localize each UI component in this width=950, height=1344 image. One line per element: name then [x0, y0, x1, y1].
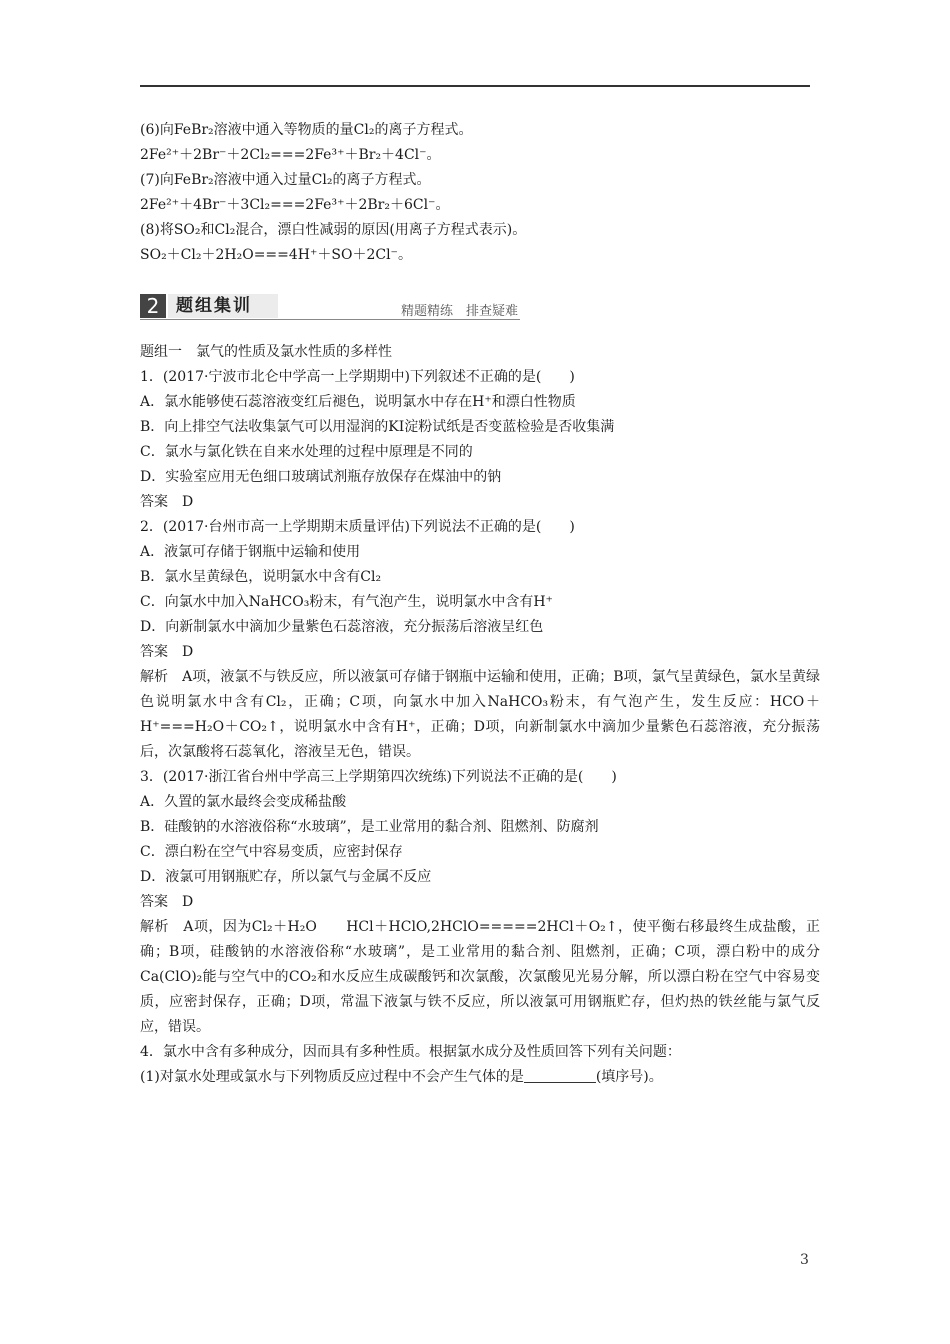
question-group: 题组一 氯气的性质及氯水性质的多样性 1．(2017·宁波市北仑中学高一上学期期… — [140, 340, 820, 1090]
question-3-option-b: B．硅酸钠的水溶液俗称“水玻璃”，是工业常用的黏合剂、阻燃剂、防腐剂 — [140, 815, 820, 840]
question-4-stem: 4．氯水中含有多种成分，因而具有多种性质。根据氯水成分及性质回答下列有关问题： — [140, 1040, 820, 1065]
question-1-option-a: A．氯水能够使石蕊溶液变红后褪色，说明氯水中存在H⁺和漂白性物质 — [140, 390, 820, 415]
question-1-option-b: B．向上排空气法收集氯气可以用湿润的KI淀粉试纸是否变蓝检验是否收集满 — [140, 415, 820, 440]
question-3-option-c: C．漂白粉在空气中容易变质，应密封保存 — [140, 840, 820, 865]
question-1-stem: 1．(2017·宁波市北仑中学高一上学期期中)下列叙述不正确的是( ) — [140, 365, 820, 390]
question-6: (6)向FeBr₂溶液中通入等物质的量Cl₂的离子方程式。 — [140, 118, 820, 143]
section-header: 2 题组集训 精题精练 排查疑难 — [140, 294, 520, 320]
header-rule — [140, 85, 810, 87]
question-2-option-b: B．氯水呈黄绿色，说明氯水中含有Cl₂ — [140, 565, 820, 590]
question-7: (7)向FeBr₂溶液中通入过量Cl₂的离子方程式。 — [140, 168, 820, 193]
question-4-sub-1-suffix: (填序号)。 — [596, 1069, 663, 1085]
question-3-analysis: 解析 A项，因为Cl₂＋H₂O HCl＋HClO,2HClO=====2HCl＋… — [140, 915, 820, 1040]
question-2-option-c: C．向氯水中加入NaHCO₃粉末，有气泡产生，说明氯水中含有H⁺ — [140, 590, 820, 615]
question-1-option-d: D．实验室应用无色细口玻璃试剂瓶存放保存在煤油中的钠 — [140, 465, 820, 490]
question-2-option-a: A．液氯可存储于钢瓶中运输和使用 — [140, 540, 820, 565]
question-2-stem: 2．(2017·台州市高一上学期期末质量评估)下列说法不正确的是( ) — [140, 515, 820, 540]
answer-8: SO₂＋Cl₂＋2H₂O===4H⁺＋SO＋2Cl⁻。 — [140, 243, 820, 268]
answer-7: 2Fe²⁺＋4Br⁻＋3Cl₂===2Fe³⁺＋2Br₂＋6Cl⁻。 — [140, 193, 820, 218]
section-tagline: 精题精练 排查疑难 — [401, 300, 518, 319]
question-2-analysis: 解析 A项，液氯不与铁反应，所以液氯可存储于钢瓶中运输和使用，正确；B项，氯气呈… — [140, 665, 820, 765]
group-title: 题组一 氯气的性质及氯水性质的多样性 — [140, 340, 820, 365]
question-2-answer: 答案 D — [140, 640, 820, 665]
question-3-answer: 答案 D — [140, 890, 820, 915]
question-8: (8)将SO₂和Cl₂混合，漂白性减弱的原因(用离子方程式表示)。 — [140, 218, 820, 243]
question-4-sub-1: (1)对氯水处理或氯水与下列物质反应过程中不会产生气体的是(填序号)。 — [140, 1065, 820, 1090]
question-3-stem: 3．(2017·浙江省台州中学高三上学期第四次统练)下列说法不正确的是( ) — [140, 765, 820, 790]
section-number: 2 — [140, 294, 166, 318]
question-3-option-d: D．液氯可用钢瓶贮存，所以氯气与金属不反应 — [140, 865, 820, 890]
answer-6: 2Fe²⁺＋2Br⁻＋2Cl₂===2Fe³⁺＋Br₂＋4Cl⁻。 — [140, 143, 820, 168]
continued-questions: (6)向FeBr₂溶液中通入等物质的量Cl₂的离子方程式。 2Fe²⁺＋2Br⁻… — [140, 118, 820, 268]
section-title: 题组集训 — [176, 294, 252, 318]
question-3-option-a: A．久置的氯水最终会变成稀盐酸 — [140, 790, 820, 815]
answer-blank[interactable] — [524, 1068, 596, 1083]
question-1-option-c: C．氯水与氯化铁在自来水处理的过程中原理是不同的 — [140, 440, 820, 465]
question-4-sub-1-text: (1)对氯水处理或氯水与下列物质反应过程中不会产生气体的是 — [140, 1069, 524, 1085]
section-rule — [140, 319, 520, 320]
question-1-answer: 答案 D — [140, 490, 820, 515]
question-2-option-d: D．向新制氯水中滴加少量紫色石蕊溶液，充分振荡后溶液呈红色 — [140, 615, 820, 640]
page-number: 3 — [800, 1252, 809, 1268]
